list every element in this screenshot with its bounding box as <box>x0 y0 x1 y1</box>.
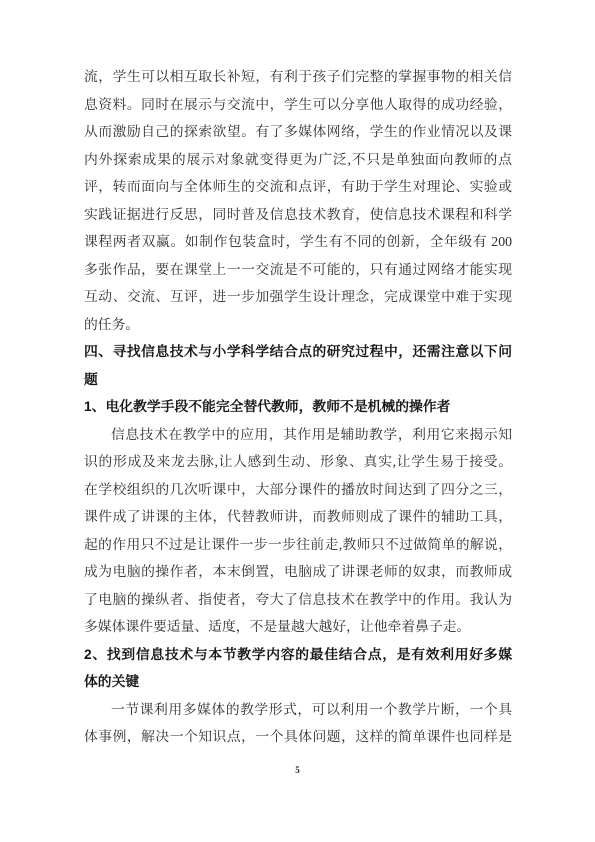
body-line: 实践证据进行反思，同时普及信息技术教育，使信息技术课程和科学 <box>84 201 512 229</box>
document-page: 流，学生可以相互取长补短，有利于孩子们完整的掌握事物的相关信 息资料。同时在展示… <box>0 0 595 842</box>
body-line: 多媒体课件要适量、适度，不是量越大越好，让他牵着鼻子走。 <box>84 613 512 641</box>
body-line: 流，学生可以相互取长补短，有利于孩子们完整的掌握事物的相关信 <box>84 63 512 91</box>
heading-line: 四、寻找信息技术与小学科学结合点的研究过程中，还需注意以下问 <box>84 338 512 366</box>
body-line: 内外探索成果的展示对象就变得更为广泛,不只是单独面向教师的点 <box>84 146 512 174</box>
body-line: 互动、交流、互评，进一步加强学生设计理念，完成课堂中难于实现 <box>84 283 512 311</box>
paragraph: 流，学生可以相互取长补短，有利于孩子们完整的掌握事物的相关信 息资料。同时在展示… <box>84 63 512 338</box>
body-line: 了电脑的操纵者、指使者，夸大了信息技术在教学中的作用。我认为 <box>84 586 512 614</box>
body-line: 信息技术在教学中的应用，其作用是辅助教学，利用它来揭示知 <box>84 421 512 449</box>
body-line: 识的形成及来龙去脉,让人感到生动、形象、真实,让学生易于接受。 <box>84 448 512 476</box>
body-line: 课程两者双赢。如制作包装盒时，学生有不同的创新，全年级有 200 <box>84 228 512 256</box>
paragraph: 一节课利用多媒体的教学形式，可以利用一个教学片断，一个具 体事例，解决一个知识点… <box>84 696 512 751</box>
sub-heading: 2、找到信息技术与本节教学内容的最佳结合点，是有效利用好多媒 体的关键 <box>84 641 512 696</box>
body-line: 起的作用只不过是让课件一步一步往前走,教师只不过做简单的解说， <box>84 531 512 559</box>
body-line: 从而激励自己的探索欲望。有了多媒体网络，学生的作业情况以及课 <box>84 118 512 146</box>
heading-line: 2、找到信息技术与本节教学内容的最佳结合点，是有效利用好多媒 <box>84 641 512 669</box>
body-line: 息资料。同时在展示与交流中，学生可以分享他人取得的成功经验， <box>84 91 512 119</box>
body-line: 多张作品，要在课堂上一一交流是不可能的，只有通过网络才能实现 <box>84 256 512 284</box>
body-line: 评，转而面向与全体师生的交流和点评，有助于学生对理论、实验或 <box>84 173 512 201</box>
body-line: 成为电脑的操作者，本末倒置，电脑成了讲课老师的奴隶，而教师成 <box>84 558 512 586</box>
sub-heading: 1、电化教学手段不能完全替代教师，教师不是机械的操作者 <box>84 393 512 421</box>
body-line: 在学校组织的几次听课中，大部分课件的播放时间达到了四分之三， <box>84 476 512 504</box>
paragraph: 信息技术在教学中的应用，其作用是辅助教学，利用它来揭示知 识的形成及来龙去脉,让… <box>84 421 512 641</box>
body-line: 的任务。 <box>84 311 512 339</box>
body-line: 课件成了讲课的主体，代替教师讲，而教师则成了课件的辅助工具， <box>84 503 512 531</box>
heading-line: 题 <box>84 366 512 394</box>
body-line: 体事例，解决一个知识点，一个具体问题，这样的简单课件也同样是 <box>84 723 512 751</box>
page-number: 5 <box>0 763 595 777</box>
body-line: 一节课利用多媒体的教学形式，可以利用一个教学片断，一个具 <box>84 696 512 724</box>
section-heading: 四、寻找信息技术与小学科学结合点的研究过程中，还需注意以下问 题 <box>84 338 512 393</box>
page-body: 流，学生可以相互取长补短，有利于孩子们完整的掌握事物的相关信 息资料。同时在展示… <box>84 63 512 751</box>
heading-line: 1、电化教学手段不能完全替代教师，教师不是机械的操作者 <box>84 393 512 421</box>
heading-line: 体的关键 <box>84 668 512 696</box>
